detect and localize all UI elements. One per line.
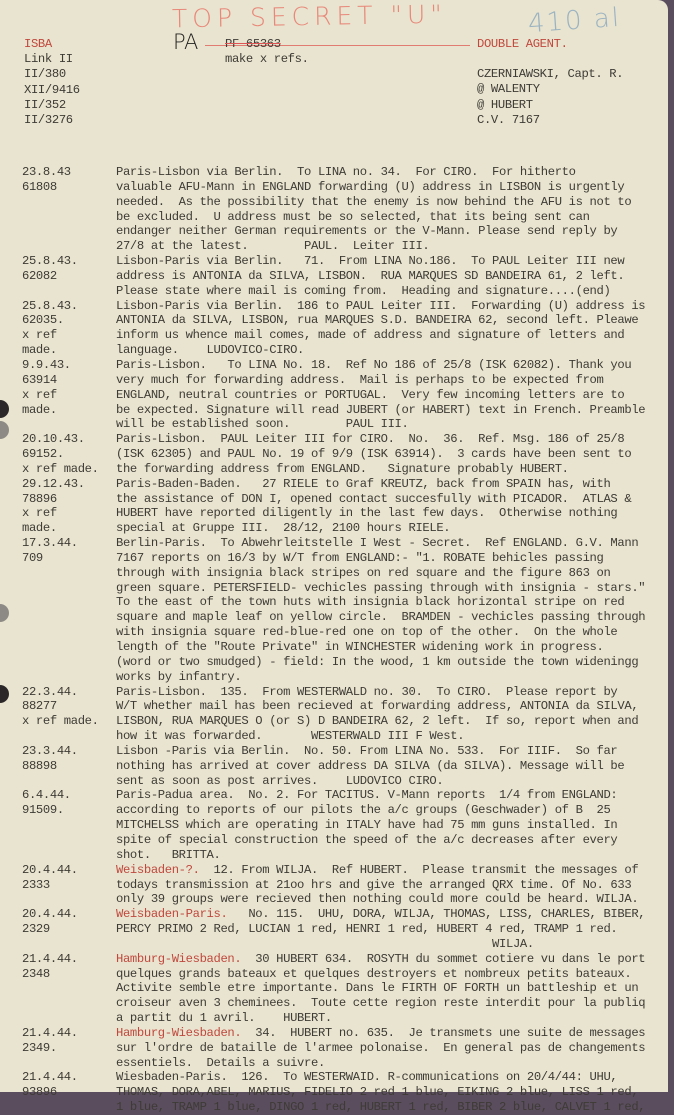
log-entry: 25.8.43. 62082 Lisbon-Paris via Berlin. … — [0, 254, 668, 299]
entry-date-ref: 20.4.44. 2329 — [0, 907, 116, 952]
header-left-block: ISBA Link II II/380 XII/9416 II/352 II/3… — [24, 37, 80, 128]
ref-line: II/352 — [24, 98, 80, 113]
entry-route: Weisbaden-?. — [116, 863, 200, 877]
agent-alias: @ HUBERT — [477, 98, 623, 113]
ref-line: II/3276 — [24, 113, 80, 128]
pf-number: PF 65363 — [225, 37, 309, 52]
log-entry: 29.12.43. 78896 x ref made. Paris-Baden-… — [0, 477, 668, 536]
log-entry: 23.3.44. 88898 Lisbon -Paris via Berlin.… — [0, 744, 668, 789]
entry-text: Wiesbaden-Paris. 126. To WESTERWAID. R-c… — [116, 1070, 645, 1092]
entry-text: Lisbon-Paris via Berlin. 186 to PAUL Lei… — [116, 299, 645, 358]
classification-label: DOUBLE AGENT. — [477, 37, 623, 52]
log-entry: 9.9.43. 63914 x ref made. Paris-Lisbon. … — [0, 358, 668, 432]
entry-date-ref: 29.12.43. 78896 x ref made. — [0, 477, 116, 536]
entry-date-ref: 6.4.44. 91509. — [0, 788, 116, 862]
entry-date-ref: 25.8.43. 62035. x ref made. — [0, 299, 116, 358]
cv-number: C.V. 7167 — [477, 113, 623, 128]
document-page: TOP SECRET "U" 410 al PA ISBA Link II II… — [0, 0, 668, 1092]
pencil-note: 410 al — [527, 3, 622, 39]
log-entry: 20.4.44. 2333 Weisbaden-?. 12. From WILJ… — [0, 863, 668, 908]
log-entry: 17.3.44. 709 Berlin-Paris. To Abwehrleit… — [0, 536, 668, 684]
log-entry: 20.10.43. 69152. x ref made. Paris-Lisbo… — [0, 432, 668, 477]
message-log: 23.8.43 61808 Paris-Lisbon via Berlin. T… — [0, 165, 668, 1092]
link-line: Link II — [24, 52, 80, 67]
entry-route: Hamburg-Wiesbaden. — [116, 952, 241, 966]
entry-text: Paris-Lisbon. To LINA No. 18. Ref No 186… — [116, 358, 645, 431]
entry-date-ref: 21.4.44. 93896 — [0, 1070, 116, 1092]
entry-date-ref: 17.3.44. 709 — [0, 536, 116, 684]
ref-line: XII/9416 — [24, 83, 80, 98]
entry-text: Paris-Padua area. No. 2. For TACITUS. V-… — [116, 788, 617, 861]
entry-date-ref: 20.10.43. 69152. x ref made. — [0, 432, 116, 477]
log-entry: 20.4.44. 2329 Weisbaden-Paris. No. 115. … — [0, 907, 668, 952]
entry-date-ref: 23.3.44. 88898 — [0, 744, 116, 789]
entry-text: Lisbon -Paris via Berlin. No. 50. From L… — [116, 744, 624, 788]
entry-date-ref: 21.4.44. 2349. — [0, 1026, 116, 1071]
entry-text: Paris-Lisbon. 135. From WESTERWALD no. 3… — [116, 685, 638, 744]
log-entry: 21.4.44. 93896 Wiesbaden-Paris. 126. To … — [0, 1070, 668, 1092]
log-entry: 22.3.44. 88277 x ref made. Paris-Lisbon.… — [0, 685, 668, 744]
entry-date-ref: 23.8.43 61808 — [0, 165, 116, 254]
agent-alias: @ WALENTY — [477, 82, 623, 97]
entry-route: Hamburg-Wiesbaden. — [116, 1026, 241, 1040]
entry-text: Paris-Baden-Baden. 27 RIELE to Graf KREU… — [116, 477, 631, 536]
entry-text: Berlin-Paris. To Abwehrleitstelle I West… — [116, 536, 645, 684]
log-entry: 21.4.44. 2348 Hamburg-Wiesbaden. 30 HUBE… — [0, 952, 668, 1026]
agent-name: CZERNIAWSKI, Capt. R. — [477, 67, 623, 82]
log-entry: 21.4.44. 2349. Hamburg-Wiesbaden. 34. HU… — [0, 1026, 668, 1071]
entry-date-ref: 21.4.44. 2348 — [0, 952, 116, 1026]
top-secret-stamp: TOP SECRET "U" — [172, 0, 447, 33]
entry-text: Paris-Lisbon. PAUL Leiter III for CIRO. … — [116, 432, 631, 476]
header-right-block: DOUBLE AGENT. CZERNIAWSKI, Capt. R. @ WA… — [477, 37, 623, 128]
log-entry: 23.8.43 61808 Paris-Lisbon via Berlin. T… — [0, 165, 668, 254]
log-entry: 25.8.43. 62035. x ref made. Lisbon-Paris… — [0, 299, 668, 358]
entry-text: Lisbon-Paris via Berlin. 71. From LINA N… — [116, 254, 624, 298]
entry-date-ref: 25.8.43. 62082 — [0, 254, 116, 299]
header-middle-block: PF 65363 make x refs. — [225, 37, 309, 67]
entry-date-ref: 20.4.44. 2333 — [0, 863, 116, 908]
entry-date-ref: 9.9.43. 63914 x ref made. — [0, 358, 116, 432]
log-entry: 6.4.44. 91509. Paris-Padua area. No. 2. … — [0, 788, 668, 862]
entry-route: Weisbaden-Paris. — [116, 907, 227, 921]
instruction-note: make x refs. — [225, 52, 309, 67]
entry-text: Paris-Lisbon via Berlin. To LINA no. 34.… — [116, 165, 631, 253]
source-label: ISBA — [24, 37, 80, 52]
handwritten-initials: PA — [173, 30, 198, 54]
ref-line: II/380 — [24, 67, 80, 82]
entry-date-ref: 22.3.44. 88277 x ref made. — [0, 685, 116, 744]
